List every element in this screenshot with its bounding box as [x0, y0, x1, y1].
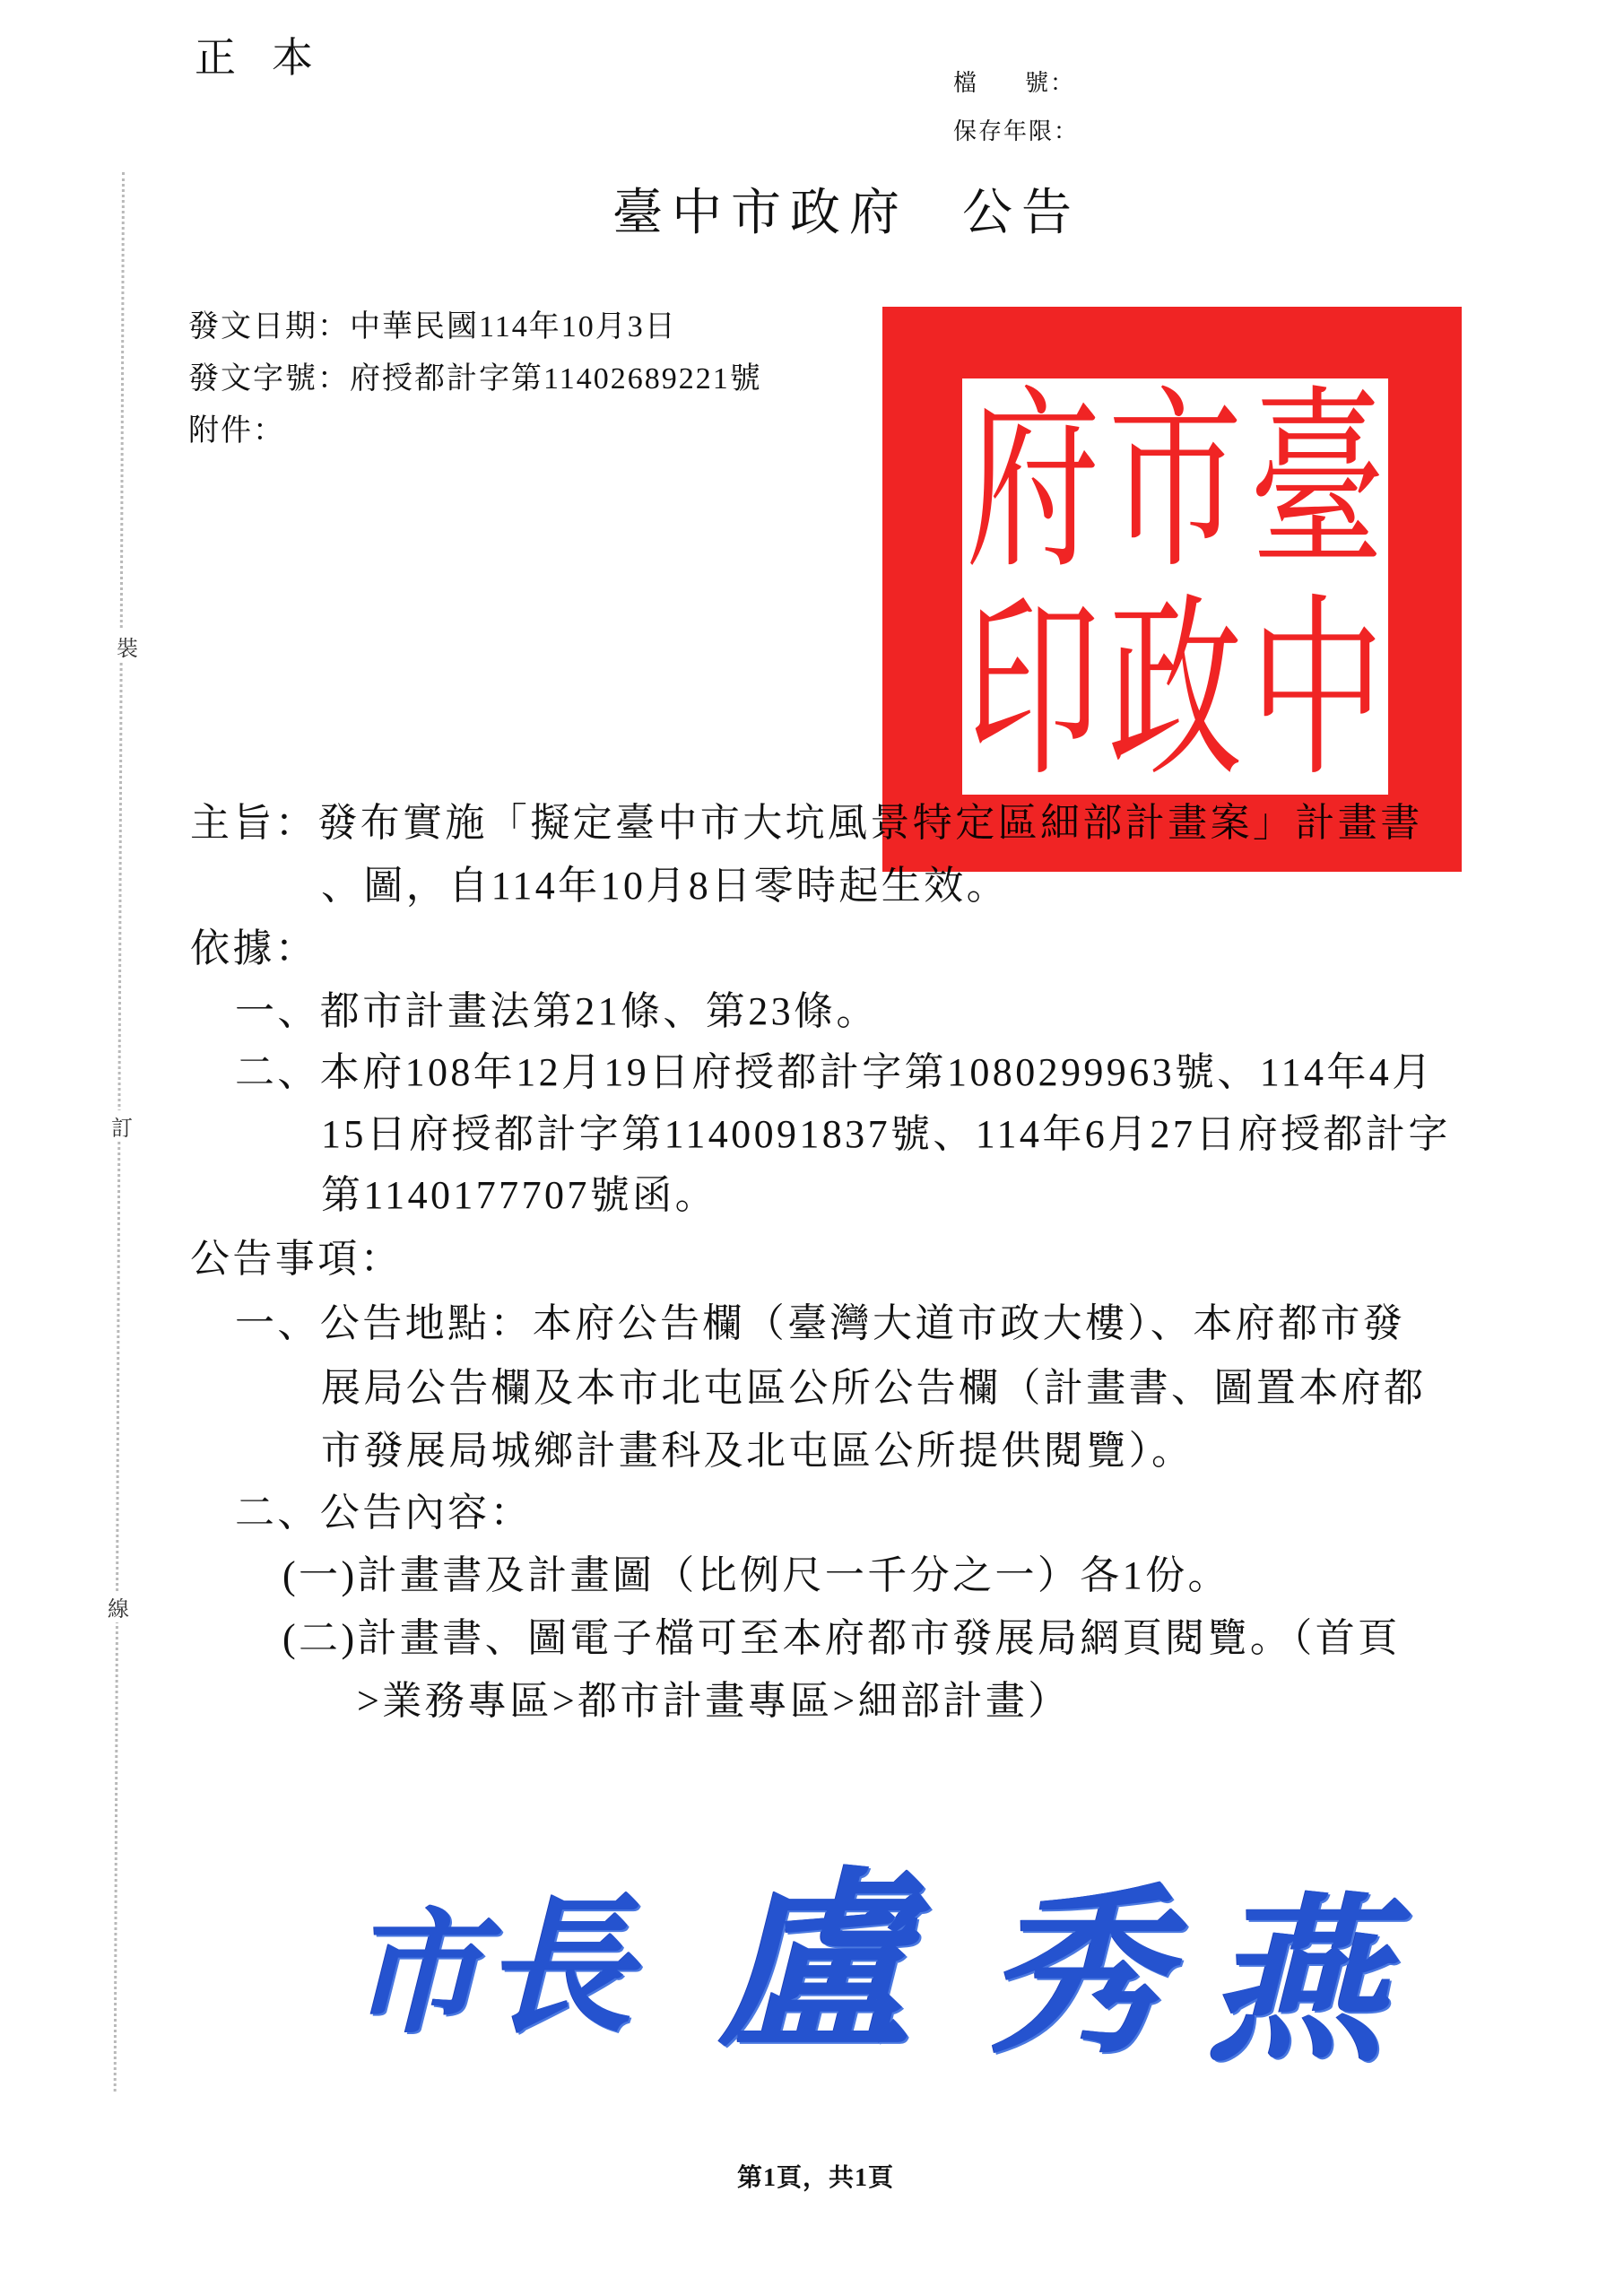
signature-title-char: 市 [348, 1906, 482, 2040]
notice-subitem-2: (二)計畫書、圖電子檔可至本府都市發展局網頁閱覽。（首頁 [282, 1617, 1401, 1660]
mayor-signature: 市 長 盧 秀 燕 [341, 1857, 1417, 2099]
binding-mark-zhuang: 裝 [117, 631, 138, 662]
file-number-label-a: 檔 [953, 70, 978, 96]
notice-item-1: 一、公告地點：本府公告欄（臺灣大道市政大樓）、本府都市發 [235, 1302, 1405, 1345]
basis-item-1: 一、都市計畫法第21條、第23條。 [235, 990, 879, 1033]
document-title: 臺中市政府公告 [612, 173, 1081, 245]
retention-period-label: 保存年限： [953, 113, 1079, 146]
notice-heading: 公告事項： [190, 1238, 403, 1281]
signature-name-char: 燕 [1206, 1892, 1385, 2072]
basis-item-2-cont-1: 15日府授都計字第1140091837號、114年6月27日府授都計字 [321, 1113, 1451, 1156]
seal-char: 政 [1104, 540, 1246, 841]
signature-name-char: 秀 [986, 1883, 1166, 2063]
copy-mark: 正本 [195, 25, 349, 84]
seal-inner-field: 臺 市 府 中 政 印 [962, 378, 1388, 795]
official-seal: 臺 市 府 中 政 印 [882, 307, 1462, 872]
attachment-label: 附件： [188, 405, 285, 449]
seal-char: 中 [1246, 540, 1388, 841]
document-type: 公告 [962, 186, 1081, 241]
notice-subitem-2-cont: >業務專區>都市計畫專區>細部計畫） [357, 1680, 1071, 1723]
notice-item-2: 二、公告內容： [235, 1492, 533, 1535]
issuer-name: 臺中市政府 [612, 186, 908, 241]
signature-title-char: 長 [484, 1892, 632, 2040]
notice-item-1-cont-2: 市發展局城鄉計畫科及北屯區公所提供閱覽）。 [321, 1430, 1194, 1473]
page-number: 第1頁，共1頁 [737, 2158, 894, 2194]
notice-item-1-cont-1: 展局公告欄及本市北屯區公所公告欄（計畫書、圖置本府都 [321, 1367, 1426, 1410]
issue-date: 發文日期：中華民國114年10月3日 [188, 301, 677, 345]
basis-item-2: 二、本府108年12月19日府授都計字第1080299963號、114年4月 [235, 1051, 1435, 1094]
binding-mark-xian: 線 [108, 1591, 129, 1622]
seal-char: 印 [962, 540, 1104, 841]
notice-subitem-1: (一)計畫書及計畫圖（比例尺一千分之一）各1份。 [282, 1554, 1230, 1597]
basis-heading: 依據： [190, 927, 317, 970]
basis-item-2-cont-2: 第1140177707號函。 [321, 1174, 717, 1217]
file-number-label-b: 號： [1025, 70, 1075, 96]
file-number-label: 檔號： [953, 65, 1075, 98]
binding-mark-ding: 訂 [111, 1110, 133, 1142]
document-number: 發文字號：府授都計字第11402689221號 [188, 353, 762, 397]
signature-name-char: 盧 [717, 1865, 910, 2058]
